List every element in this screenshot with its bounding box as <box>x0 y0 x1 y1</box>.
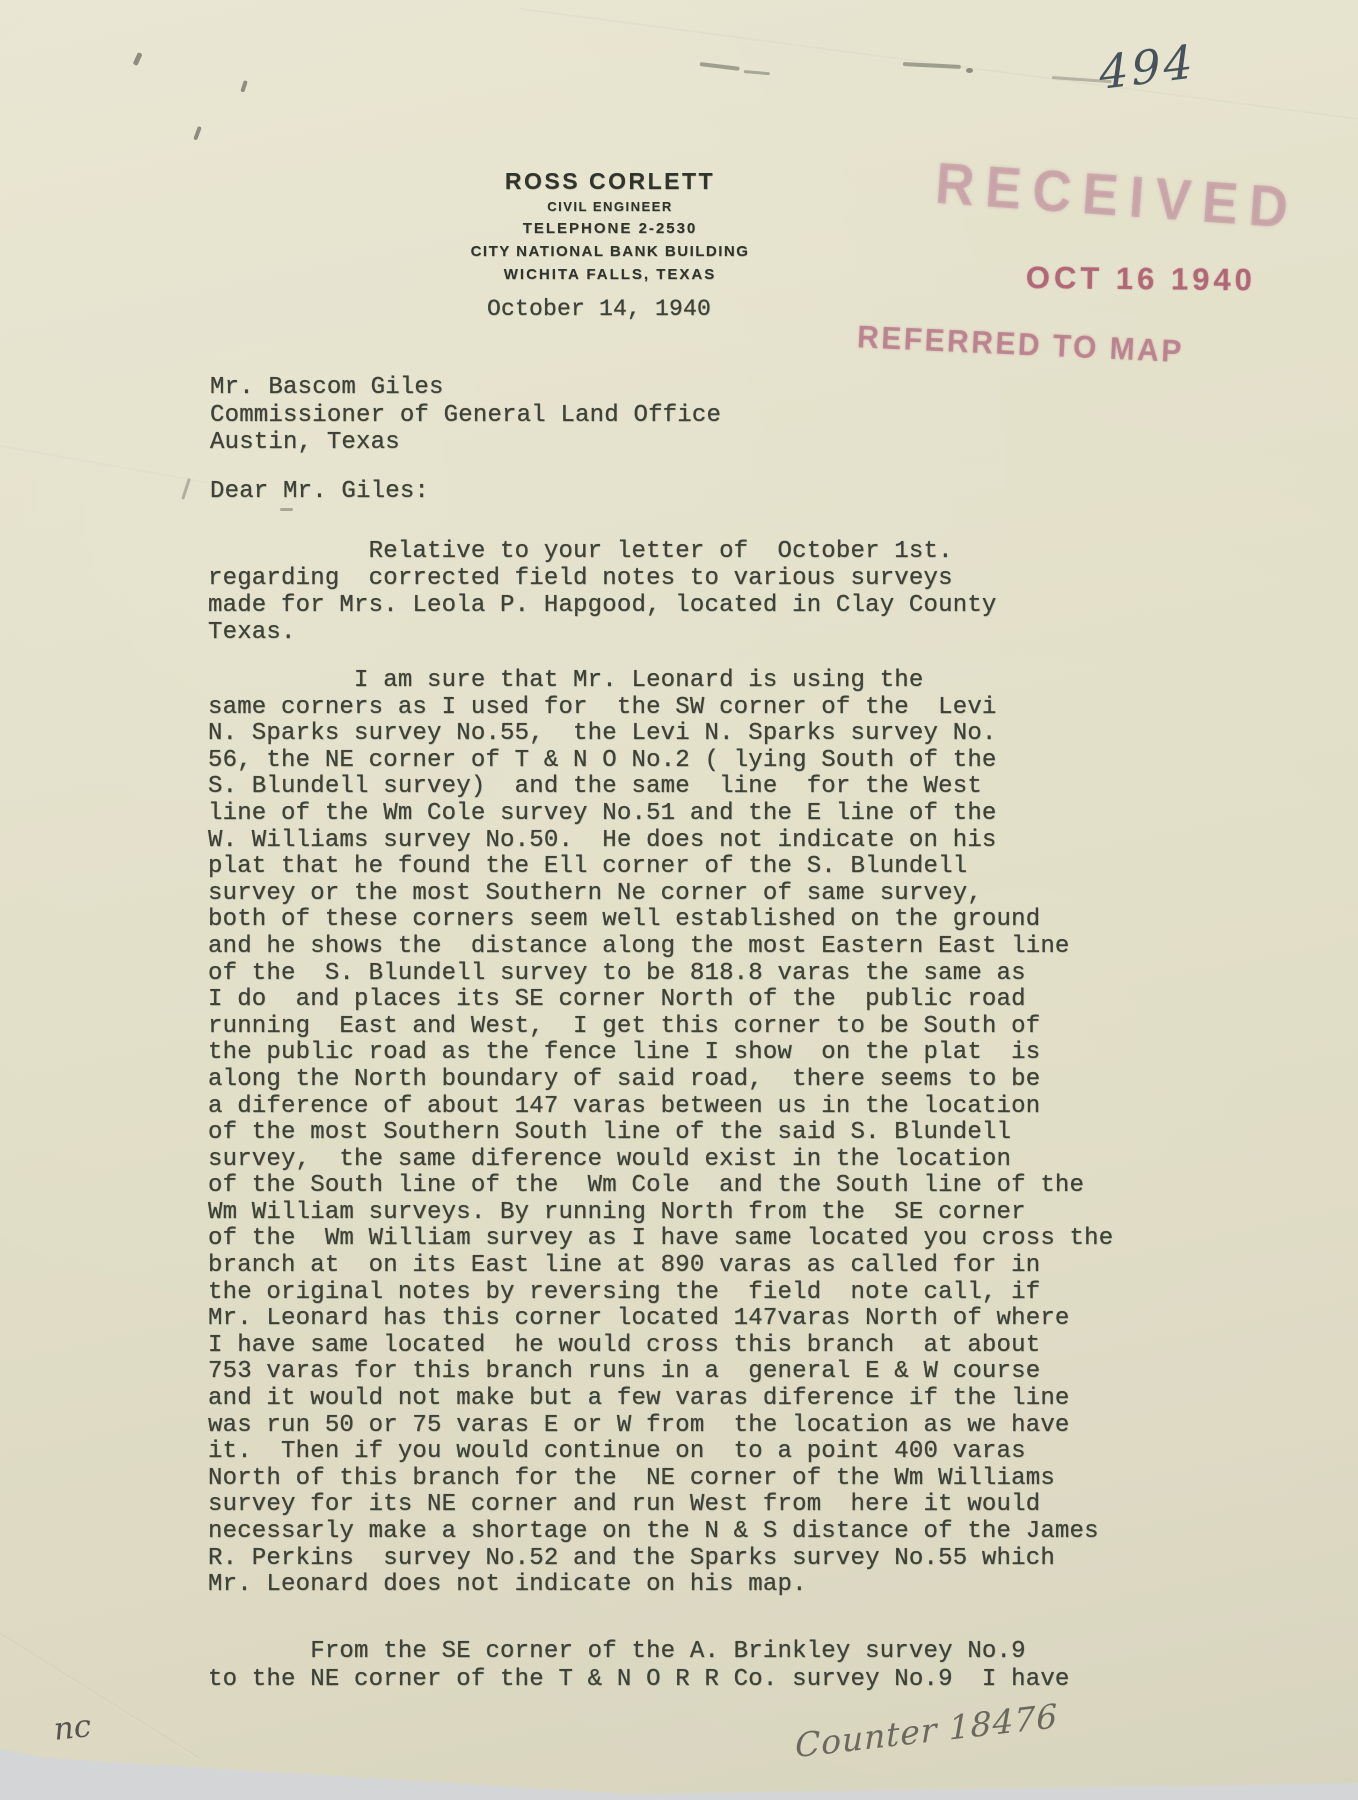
paragraph-2: I am sure that Mr. Leonard is using the … <box>208 668 1113 1599</box>
letterhead-title: CIVIL ENGINEER <box>320 199 900 214</box>
paragraph-3: From the SE corner of the A. Brinkley su… <box>208 1638 1070 1694</box>
ink-mark <box>280 508 293 511</box>
letterhead-name: ROSS CORLETT <box>320 168 900 195</box>
salutation: Dear Mr. Giles: <box>210 478 429 505</box>
letterhead-telephone: TELEPHONE 2-2530 <box>320 220 900 237</box>
paper-crease <box>0 442 209 485</box>
letterhead-city: WICHITA FALLS, TEXAS <box>320 266 900 283</box>
initials-annotation: nc <box>52 1708 93 1748</box>
scanned-letter-page: 494 ROSS CORLETT CIVIL ENGINEER TELEPHON… <box>0 0 1358 1800</box>
ink-mark <box>966 68 973 73</box>
paper-crease <box>0 1620 200 1760</box>
letterhead-building: CITY NATIONAL BANK BUILDING <box>320 243 900 260</box>
recipient-address: Mr. Bascom Giles Commissioner of General… <box>210 374 721 457</box>
received-date-stamp: OCT 16 1940 <box>1026 260 1256 298</box>
paragraph-1: Relative to your letter of October 1st. … <box>208 538 997 646</box>
letter-date: October 14, 1940 <box>487 296 711 322</box>
